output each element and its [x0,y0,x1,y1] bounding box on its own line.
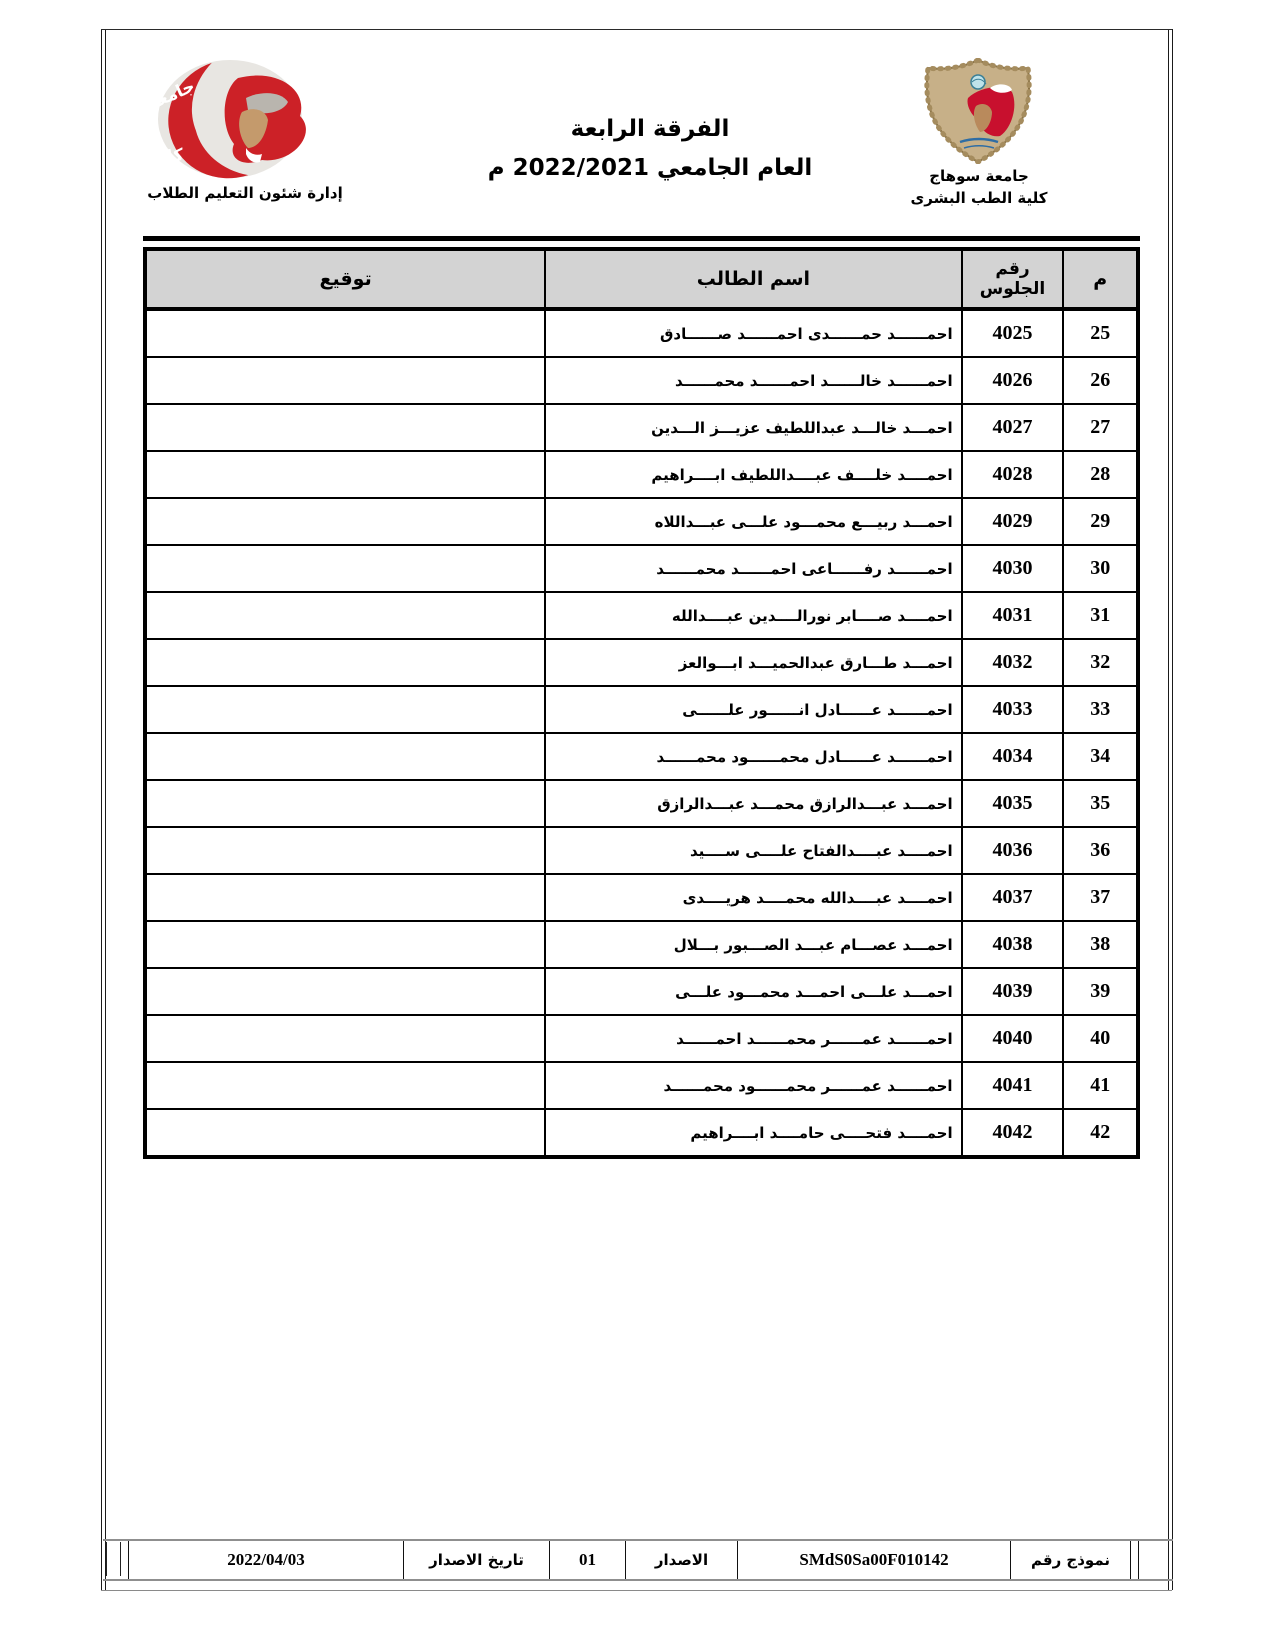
footer-date-label: تاريخ الاصدار [403,1541,549,1579]
footer-date-value: 2022/04/03 [128,1541,403,1579]
student-row: 31 4031 احمــــد صــــابر نورالــــدين ع… [145,592,1138,639]
student-row: 41 4041 احمــــــد عمــــــر محمــــــود… [145,1062,1138,1109]
row-index-cell: 34 [1063,733,1138,780]
university-name: جامعة سوهاج [898,165,1060,187]
row-index-cell: 32 [1063,639,1138,686]
row-index-cell: 37 [1063,874,1138,921]
footer-cells: نموذج رقم SMdS0Sa00F010142 الاصدار 01 تا… [128,1541,1139,1579]
signature-cell [145,780,545,827]
signature-cell [145,1109,545,1157]
student-name-cell: احمــــــد عمــــــر محمــــــود محمــــ… [545,1062,961,1109]
seat-number-cell: 4031 [962,592,1064,639]
row-index-cell: 25 [1063,309,1138,357]
signature-cell [145,874,545,921]
seat-number-cell: 4026 [962,357,1064,404]
table-top-rule [143,236,1140,241]
page-title: الفرقة الرابعة العام الجامعي 2022/2021 م [430,116,870,181]
page-border-top [101,29,1172,30]
svg-text:كلية الطب: كلية الطب [150,145,185,177]
title-year-group: الفرقة الرابعة [430,116,870,142]
seat-number-cell: 4027 [962,404,1064,451]
row-index-cell: 31 [1063,592,1138,639]
row-index-cell: 30 [1063,545,1138,592]
student-row: 29 4029 احمـــد ربيـــع محمـــود علـــى … [145,498,1138,545]
page-border-right [1168,29,1173,1590]
signature-cell [145,1062,545,1109]
footer-version-value: 01 [549,1541,625,1579]
seat-number-cell: 4041 [962,1062,1064,1109]
shield-logo-graphic [920,58,1036,164]
footer-form-label: نموذج رقم [1010,1541,1130,1579]
student-row: 40 4040 احمــــــد عمــــــر محمــــــد … [145,1015,1138,1062]
title-academic-year: العام الجامعي 2022/2021 م [430,155,870,181]
student-name-cell: احمــــــد خالــــــد احمــــــد محمــــ… [545,357,961,404]
department-caption: إدارة شئون التعليم الطلاب [138,184,352,202]
seat-number-cell: 4036 [962,827,1064,874]
signature-cell [145,639,545,686]
student-row: 34 4034 احمــــــد عــــــادل محمــــــو… [145,733,1138,780]
student-row: 38 4038 احمـــد عصـــام عبـــد الصـــبور… [145,921,1138,968]
student-row: 33 4033 احمــــــد عــــــادل انــــــور… [145,686,1138,733]
header-index: م [1063,249,1138,309]
signature-cell [145,686,545,733]
signature-cell [145,921,545,968]
student-row: 30 4030 احمــــــد رفــــــاعى احمــــــ… [145,545,1138,592]
sohag-university-logo [920,58,1036,164]
seat-number-cell: 4035 [962,780,1064,827]
row-index-cell: 27 [1063,404,1138,451]
student-row: 26 4026 احمــــــد خالــــــد احمــــــد… [145,357,1138,404]
student-row: 36 4036 احمــــد عبــــدالفتاح علــــى س… [145,827,1138,874]
row-index-cell: 42 [1063,1109,1138,1157]
student-name-cell: احمــــــد عــــــادل انــــــور علـــــ… [545,686,961,733]
student-name-cell: احمــــد عبــــدالفتاح علــــى ســــيد [545,827,961,874]
row-index-cell: 35 [1063,780,1138,827]
seat-number-cell: 4032 [962,639,1064,686]
student-row: 27 4027 احمـــد خالـــد عبداللطيف عزيـــ… [145,404,1138,451]
student-name-cell: احمـــد عبـــدالرازق محمـــد عبـــدالراز… [545,780,961,827]
student-name-cell: احمــــد صــــابر نورالــــدين عبــــدال… [545,592,961,639]
seat-number-cell: 4039 [962,968,1064,1015]
student-row: 39 4039 احمـــد علـــى احمـــد محمـــود … [145,968,1138,1015]
seat-number-cell: 4037 [962,874,1064,921]
student-table-body: 25 4025 احمــــــد حمــــــدى احمــــــد… [145,309,1138,1157]
student-name-cell: احمـــد علـــى احمـــد محمـــود علـــى [545,968,961,1015]
signature-cell [145,733,545,780]
seat-number-cell: 4033 [962,686,1064,733]
seat-number-cell: 4042 [962,1109,1064,1157]
student-name-cell: احمــــــد حمــــــدى احمــــــد صــــــ… [545,309,961,357]
signature-cell [145,451,545,498]
student-name-cell: احمــــد عبــــدالله محمــــد هريــــدى [545,874,961,921]
student-row: 35 4035 احمـــد عبـــدالرازق محمـــد عبـ… [145,780,1138,827]
seat-number-cell: 4029 [962,498,1064,545]
signature-cell [145,357,545,404]
seat-number-cell: 4030 [962,545,1064,592]
row-index-cell: 40 [1063,1015,1138,1062]
row-index-cell: 36 [1063,827,1138,874]
seat-number-cell: 4025 [962,309,1064,357]
header-seat-number: رقم الجلوس [962,249,1064,309]
university-caption: جامعة سوهاج كلية الطب البشرى [898,165,1060,209]
signature-cell [145,827,545,874]
row-index-cell: 29 [1063,498,1138,545]
footer-form-code: SMdS0Sa00F010142 [737,1541,1010,1579]
signature-cell [145,309,545,357]
student-name-cell: احمــــد فتحــــى حامــــد ابــــراهيم [545,1109,961,1157]
page-border-left [101,29,106,1590]
signature-cell [145,498,545,545]
student-row: 42 4042 احمــــد فتحــــى حامــــد ابـــ… [145,1109,1138,1157]
row-index-cell: 26 [1063,357,1138,404]
footer-spacer-cell [1130,1541,1138,1579]
row-index-cell: 38 [1063,921,1138,968]
student-name-cell: احمــــــد عمــــــر محمــــــد احمـــــ… [545,1015,961,1062]
student-name-cell: احمــــــد عــــــادل محمــــــود محمـــ… [545,733,961,780]
student-name-cell: احمـــد عصـــام عبـــد الصـــبور بـــلال [545,921,961,968]
footer-page-box [106,1542,121,1576]
signature-cell [145,545,545,592]
student-row: 32 4032 احمـــد طـــارق عبدالحميـــد ابـ… [145,639,1138,686]
seat-number-cell: 4028 [962,451,1064,498]
table-header-row: م رقم الجلوس اسم الطالب توقيع [145,249,1138,309]
page-border-bottom [101,1590,1172,1591]
row-index-cell: 33 [1063,686,1138,733]
seat-number-cell: 4040 [962,1015,1064,1062]
faculty-of-medicine-logo: جامعة سوهاج كلية الطب [150,56,336,182]
footer-version-label: الاصدار [625,1541,737,1579]
crescent-logo-graphic: جامعة سوهاج كلية الطب [150,56,336,182]
signature-cell [145,1015,545,1062]
signature-cell [145,968,545,1015]
student-name-cell: احمـــد طـــارق عبدالحميـــد ابـــوالعز [545,639,961,686]
seat-number-cell: 4034 [962,733,1064,780]
student-name-cell: احمــــــد رفــــــاعى احمــــــد محمـــ… [545,545,961,592]
signature-cell [145,404,545,451]
student-name-cell: احمـــد ربيـــع محمـــود علـــى عبـــدال… [545,498,961,545]
header-student-name: اسم الطالب [545,249,961,309]
student-row: 25 4025 احمــــــد حمــــــدى احمــــــد… [145,309,1138,357]
faculty-name: كلية الطب البشرى [898,187,1060,209]
signature-cell [145,592,545,639]
row-index-cell: 41 [1063,1062,1138,1109]
footer-bar: نموذج رقم SMdS0Sa00F010142 الاصدار 01 تا… [103,1539,1173,1581]
student-name-cell: احمـــد خالـــد عبداللطيف عزيـــز الـــد… [545,404,961,451]
student-row: 28 4028 احمــــد خلــــف عبــــداللطيف ا… [145,451,1138,498]
row-index-cell: 28 [1063,451,1138,498]
row-index-cell: 39 [1063,968,1138,1015]
students-table: م رقم الجلوس اسم الطالب توقيع 25 4025 اح… [143,247,1140,1159]
header-signature: توقيع [145,249,545,309]
student-row: 37 4037 احمــــد عبــــدالله محمــــد هر… [145,874,1138,921]
student-name-cell: احمــــد خلــــف عبــــداللطيف ابــــراه… [545,451,961,498]
seat-number-cell: 4038 [962,921,1064,968]
